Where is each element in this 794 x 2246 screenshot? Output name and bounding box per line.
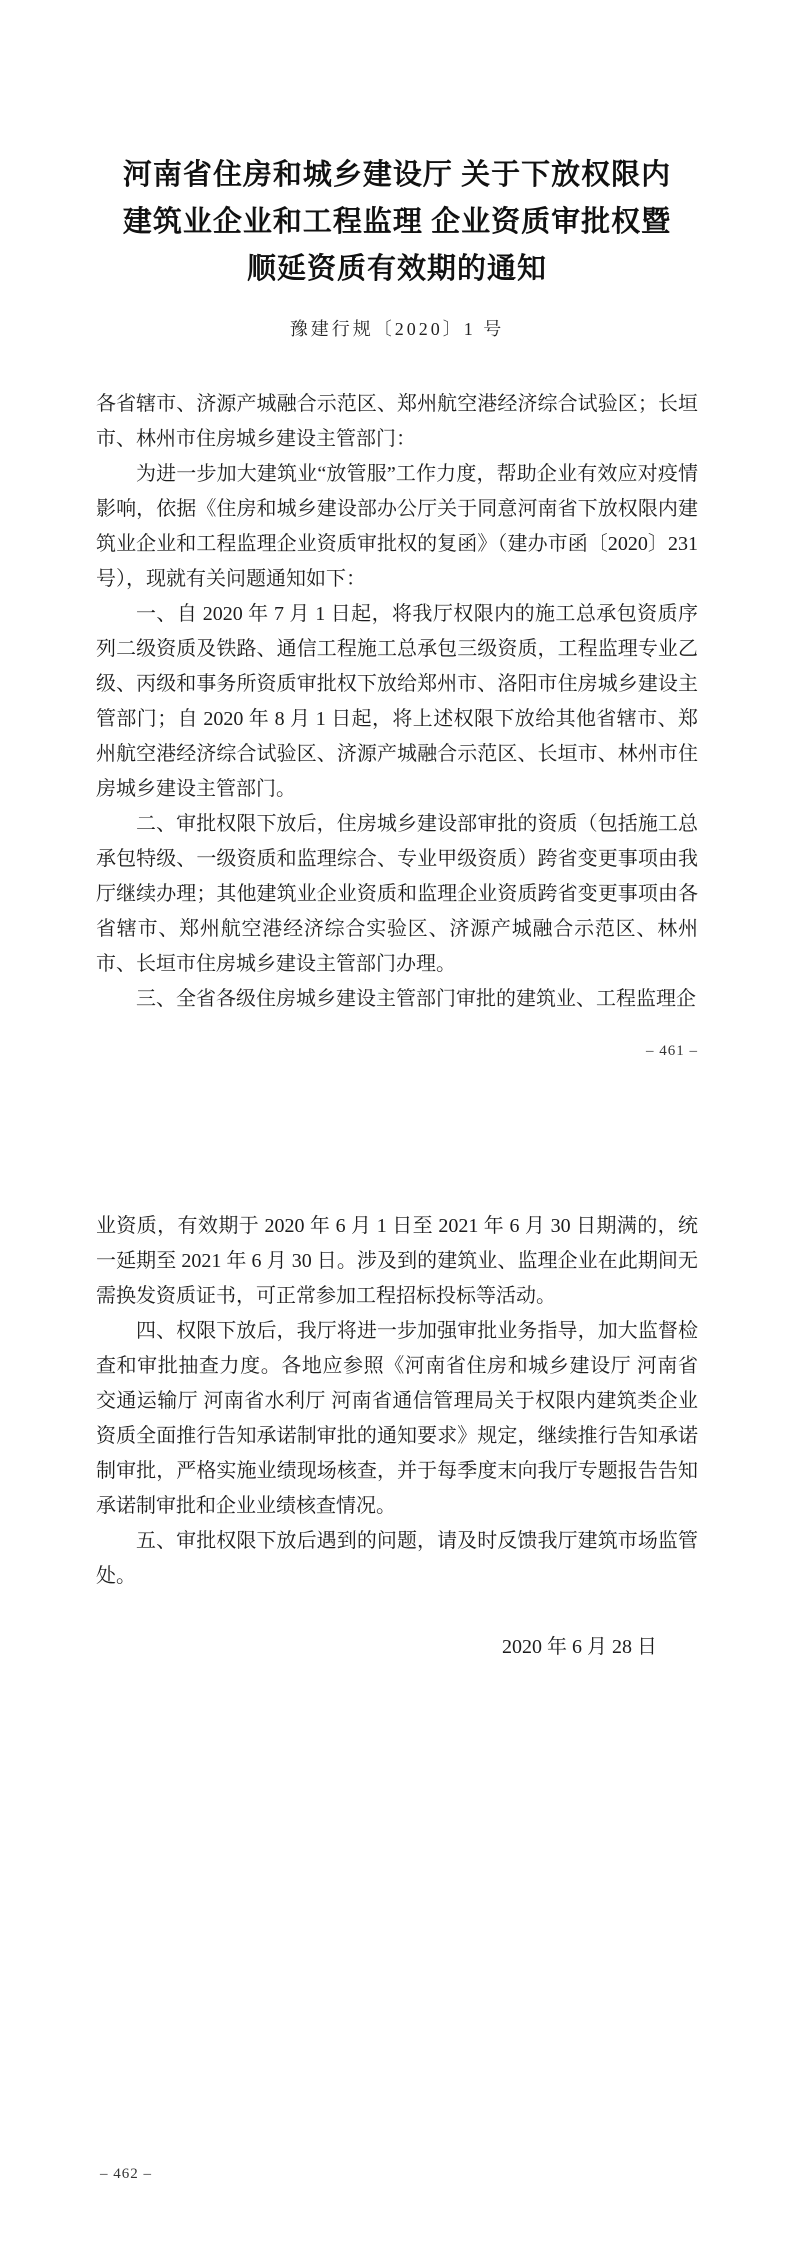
document-number: 豫建行规〔2020〕1 号 bbox=[96, 314, 698, 344]
paragraph-item-5: 五、审批权限下放后遇到的问题，请及时反馈我厅建筑市场监管处。 bbox=[96, 1524, 698, 1594]
paragraph-item-3-continued: 业资质，有效期于 2020 年 6 月 1 日至 2021 年 6 月 30 日… bbox=[96, 1209, 698, 1314]
page-2-body: 业资质，有效期于 2020 年 6 月 1 日至 2021 年 6 月 30 日… bbox=[96, 1123, 698, 1594]
issue-date: 2020 年 6 月 28 日 bbox=[96, 1630, 698, 1665]
paragraph-item-2: 二、审批权限下放后，住房城乡建设部审批的资质（包括施工总承包特级、一级资质和监理… bbox=[96, 807, 698, 982]
paragraph-item-3-start: 三、全省各级住房城乡建设主管部门审批的建筑业、工程监理企 bbox=[96, 982, 698, 1017]
document-title: 河南省住房和城乡建设厅 关于下放权限内 建筑业企业和工程监理 企业资质审批权暨 … bbox=[96, 152, 698, 293]
page-number-462: – 462 – bbox=[100, 2165, 152, 2183]
page-1-body: 各省辖市、济源产城融合示范区、郑州航空港经济综合试验区；长垣市、林州市住房城乡建… bbox=[96, 387, 698, 1017]
paragraph-item-4: 四、权限下放后，我厅将进一步加强审批业务指导，加大监督检查和审批抽查力度。各地应… bbox=[96, 1314, 698, 1524]
title-line-1: 河南省住房和城乡建设厅 关于下放权限内 bbox=[96, 152, 698, 199]
title-line-2: 建筑业企业和工程监理 企业资质审批权暨 bbox=[96, 199, 698, 246]
paragraph-item-1: 一、自 2020 年 7 月 1 日起，将我厅权限内的施工总承包资质序列二级资质… bbox=[96, 597, 698, 807]
page-1: 河南省住房和城乡建设厅 关于下放权限内 建筑业企业和工程监理 企业资质审批权暨 … bbox=[0, 0, 794, 1123]
page-2: 业资质，有效期于 2020 年 6 月 1 日至 2021 年 6 月 30 日… bbox=[0, 1123, 794, 2246]
title-line-3: 顺延资质有效期的通知 bbox=[96, 246, 698, 293]
salutation: 各省辖市、济源产城融合示范区、郑州航空港经济综合试验区；长垣市、林州市住房城乡建… bbox=[96, 387, 698, 457]
paragraph-intro: 为进一步加大建筑业“放管服”工作力度，帮助企业有效应对疫情影响，依据《住房和城乡… bbox=[96, 457, 698, 597]
page-number-461: – 461 – bbox=[646, 1042, 698, 1060]
